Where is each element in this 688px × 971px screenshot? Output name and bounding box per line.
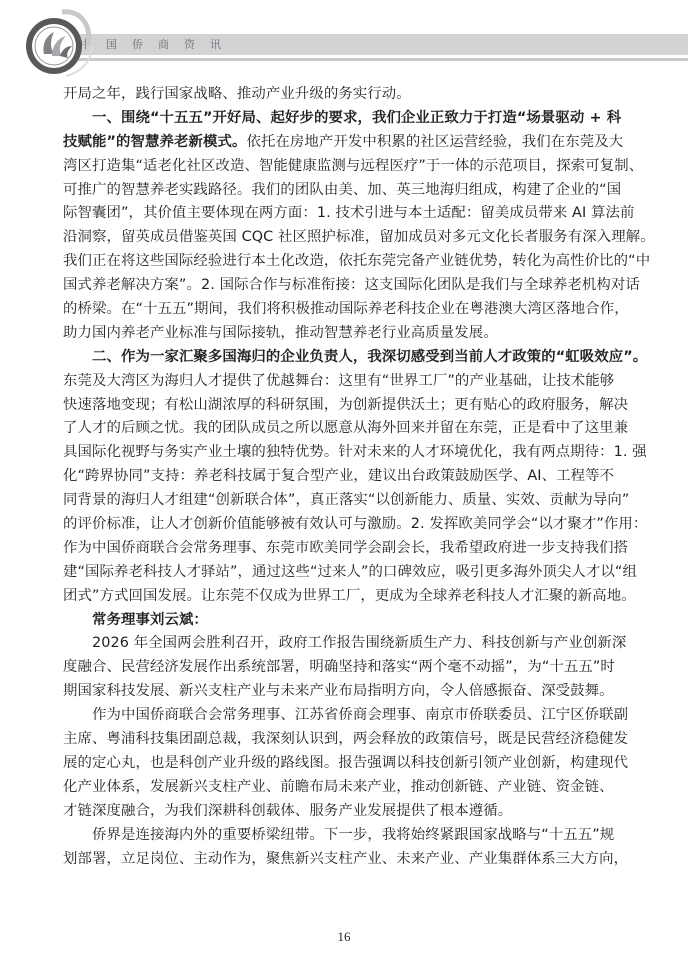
text-line: 的评价标准，让人才创新价值能够被有效认可与激励。2. 发挥欧美同学会“以才聚才”… (63, 513, 631, 537)
text-line: 国式养老解决方案”。2. 国际合作与标准衔接：这支国际化团队是我们与全球养老机构… (63, 274, 631, 298)
bold-heading-text: 二、作为一家汇聚多国海归的企业负责人，我深切感受到当前人才政策的“虹吸效应”。 (92, 349, 647, 365)
body-text: 划部署，立足岗位、主动作为，聚焦新兴支柱产业、未来产业、产业集群体系三大方向， (63, 851, 628, 867)
text-line: 同背景的海归人才组建“创新联合体”，真正落实“以创新能力、质量、实效、贡献为导向… (63, 489, 631, 513)
text-line: 可推广的智慧养老实践路径。我们的团队由美、加、英三地海归组成，构建了企业的“国 (63, 179, 631, 203)
paragraph: 侨界是连接海内外的重要桥梁纽带。下一步，我将始终紧跟国家战略与“十五五”规划部署… (63, 824, 631, 872)
text-line: 际智囊团”，其价值主要体现在两方面：1. 技术引进与本土适配：留美成员带来 AI… (63, 202, 631, 226)
text-line: 技赋能”的智慧养老新模式。依托在房地产开发中积累的社区运营经验，我们在东莞及大 (63, 131, 631, 155)
body-text: 同背景的海归人才组建“创新联合体”，真正落实“以创新能力、质量、实效、贡献为导向… (63, 492, 629, 508)
paragraph: 常务理事刘云斌： (63, 609, 631, 633)
text-line: 湾区打造集“适老化社区改造、智能健康监测与远程医疗”于一体的示范项目，探索可复制… (63, 155, 631, 179)
text-line: 沿洞察，留英成员借鉴英国 CQC 社区照护标准，留加成员对多元文化长者服务有深入… (63, 226, 631, 250)
publication-title: 中国侨商资讯 (80, 35, 236, 55)
body-text: 我们正在将这些国际经验进行本土化改造，依托东莞完备产业链优势，转化为高性价比的“… (63, 253, 650, 269)
text-line: 划部署，立足岗位、主动作为，聚焦新兴支柱产业、未来产业、产业集群体系三大方向， (63, 848, 631, 872)
body-text: 作为中国侨商联合会常务理事、东莞市欧美同学会副会长，我希望政府进一步支持我们搭 (63, 540, 628, 556)
text-line: 度融合、民营经济发展作出系统部署，明确坚持和落实“两个毫不动摇”，为“十五五”时 (63, 656, 631, 680)
body-text: 可推广的智慧养老实践路径。我们的团队由美、加、英三地海归组成，构建了企业的“国 (63, 182, 621, 198)
bold-heading-text: 技赋能”的智慧养老新模式。 (63, 134, 246, 150)
header-divider (70, 58, 688, 61)
text-line: 一、围绕“十五五”开好局、起好步的要求，我们企业正致力于打造“场景驱动 + 科 (63, 107, 631, 131)
body-text: 期国家科技发展、新兴支柱产业与未来产业布局指明方向，令人倍感振奋、深受鼓舞。 (63, 683, 614, 699)
body-text: 际智囊团”，其价值主要体现在两方面：1. 技术引进与本土适配：留美成员带来 AI… (63, 205, 634, 221)
body-text: 东莞及大湾区为海归人才提供了优越舞台：这里有“世界工厂”的产业基础，让技术能够 (63, 373, 614, 389)
text-line: 常务理事刘云斌： (63, 609, 631, 633)
text-line: 才链深度融合，为我们深耕科创载体、服务产业发展提供了根本遵循。 (63, 800, 631, 824)
text-line: 化产业体系，发展新兴支柱产业、前瞻布局未来产业，推动创新链、产业链、资金链、 (63, 776, 631, 800)
page-number: 16 (0, 929, 688, 945)
text-line: 快速落地变现；有松山湖浓厚的科研氛围，为创新提供沃土；更有贴心的政府服务，解决 (63, 394, 631, 418)
page-header: 中国侨商资讯 (0, 0, 688, 80)
text-line: 具国际化视野与务实产业土壤的独特优势。针对未来的人才环境优化，我有两点期待：1.… (63, 441, 631, 465)
body-text: 沿洞察，留英成员借鉴英国 CQC 社区照护标准，留加成员对多元文化长者服务有深入… (63, 229, 655, 245)
paragraph: 一、围绕“十五五”开好局、起好步的要求，我们企业正致力于打造“场景驱动 + 科技… (63, 107, 631, 346)
body-text: 侨界是连接海内外的重要桥梁纽带。下一步，我将始终紧跟国家战略与“十五五”规 (92, 827, 614, 843)
body-text: 具国际化视野与务实产业土壤的独特优势。针对未来的人才环境优化，我有两点期待：1.… (63, 444, 647, 460)
body-text: 作为中国侨商联合会常务理事、江苏省侨商会理事、南京市侨联委员、江宁区侨联副 (92, 707, 628, 723)
body-text: 展的定心丸，也是科创产业升级的路线图。报告强调以科技创新引领产业创新，构建现代 (63, 755, 628, 771)
body-text: 化“跨界协同”支持：养老科技属于复合型产业，建议出台政策鼓励医学、AI、工程等不 (63, 468, 614, 484)
paragraph: 二、作为一家汇聚多国海归的企业负责人，我深切感受到当前人才政策的“虹吸效应”。东… (63, 346, 631, 609)
bold-heading-text: 常务理事刘云斌： (92, 612, 208, 628)
text-line: 作为中国侨商联合会常务理事、江苏省侨商会理事、南京市侨联委员、江宁区侨联副 (63, 704, 631, 728)
text-line: 2026 年全国两会胜利召开，政府工作报告围绕新质生产力、科技创新与产业创新深 (63, 632, 631, 656)
paragraph: 作为中国侨商联合会常务理事、江苏省侨商会理事、南京市侨联委员、江宁区侨联副主席、… (63, 704, 631, 823)
body-text: 主席、粤浦科技集团副总裁，我深刻认识到，两会释放的政策信号，既是民营经济稳健发 (63, 731, 628, 747)
body-text: 团式”方式回国发展。让东莞不仅成为世界工厂，更成为全球养老科技人才汇聚的新高地。 (63, 588, 636, 604)
text-line: 团式”方式回国发展。让东莞不仅成为世界工厂，更成为全球养老科技人才汇聚的新高地。 (63, 585, 631, 609)
text-line: 开局之年，践行国家战略、推动产业升级的务实行动。 (63, 83, 631, 107)
body-text: 度融合、民营经济发展作出系统部署，明确坚持和落实“两个毫不动摇”，为“十五五”时 (63, 659, 615, 675)
body-text: 建“国际养老科技人才驿站”，通过这些“过来人”的口碑效应，吸引更多海外顶尖人才以… (63, 564, 637, 580)
body-text: 的评价标准，让人才创新价值能够被有效认可与激励。2. 发挥欧美同学会“以才聚才”… (63, 516, 647, 532)
text-line: 了人才的后顾之忧。我的团队成员之所以愿意从海外回来并留在东莞，正是看中了这里兼 (63, 417, 631, 441)
text-line: 展的定心丸，也是科创产业升级的路线图。报告强调以科技创新引领产业创新，构建现代 (63, 752, 631, 776)
text-line: 助力国内养老产业标准与国际接轨，推动智慧养老行业高质量发展。 (63, 322, 631, 346)
text-line: 我们正在将这些国际经验进行本土化改造，依托东莞完备产业链优势，转化为高性价比的“… (63, 250, 631, 274)
body-text: 助力国内养老产业标准与国际接轨，推动智慧养老行业高质量发展。 (63, 325, 498, 341)
body-text: 开局之年，践行国家战略、推动产业升级的务实行动。 (63, 86, 411, 102)
body-text: 快速落地变现；有松山湖浓厚的科研氛围，为创新提供沃土；更有贴心的政府服务，解决 (63, 397, 628, 413)
body-text: 了人才的后顾之忧。我的团队成员之所以愿意从海外回来并留在东莞，正是看中了这里兼 (63, 420, 628, 436)
association-logo-icon (22, 6, 94, 78)
text-line: 期国家科技发展、新兴支柱产业与未来产业布局指明方向，令人倍感振奋、深受鼓舞。 (63, 680, 631, 704)
text-line: 二、作为一家汇聚多国海归的企业负责人，我深切感受到当前人才政策的“虹吸效应”。 (63, 346, 631, 370)
text-line: 侨界是连接海内外的重要桥梁纽带。下一步，我将始终紧跟国家战略与“十五五”规 (63, 824, 631, 848)
paragraph: 开局之年，践行国家战略、推动产业升级的务实行动。 (63, 83, 631, 107)
article-body: 开局之年，践行国家战略、推动产业升级的务实行动。一、围绕“十五五”开好局、起好步… (63, 83, 631, 871)
text-line: 主席、粤浦科技集团副总裁，我深刻认识到，两会释放的政策信号，既是民营经济稳健发 (63, 728, 631, 752)
body-text: 湾区打造集“适老化社区改造、智能健康监测与远程医疗”于一体的示范项目，探索可复制… (63, 158, 643, 174)
body-text: 依托在房地产开发中积累的社区运营经验，我们在东莞及大 (246, 134, 623, 150)
bold-heading-text: 一、围绕“十五五”开好局、起好步的要求，我们企业正致力于打造“场景驱动 + 科 (92, 110, 621, 126)
text-line: 化“跨界协同”支持：养老科技属于复合型产业，建议出台政策鼓励医学、AI、工程等不 (63, 465, 631, 489)
body-text: 2026 年全国两会胜利召开，政府工作报告围绕新质生产力、科技创新与产业创新深 (92, 635, 626, 651)
text-line: 东莞及大湾区为海归人才提供了优越舞台：这里有“世界工厂”的产业基础，让技术能够 (63, 370, 631, 394)
body-text: 才链深度融合，为我们深耕科创载体、服务产业发展提供了根本遵循。 (63, 803, 512, 819)
body-text: 的桥梁。在“十五五”期间，我们将积极推动国际养老科技企业在粤港澳大湾区落地合作， (63, 301, 629, 317)
paragraph: 2026 年全国两会胜利召开，政府工作报告围绕新质生产力、科技创新与产业创新深度… (63, 632, 631, 704)
body-text: 国式养老解决方案”。2. 国际合作与标准衔接：这支国际化团队是我们与全球养老机构… (63, 277, 640, 293)
text-line: 的桥梁。在“十五五”期间，我们将积极推动国际养老科技企业在粤港澳大湾区落地合作， (63, 298, 631, 322)
body-text: 化产业体系，发展新兴支柱产业、前瞻布局未来产业，推动创新链、产业链、资金链、 (63, 779, 614, 795)
text-line: 作为中国侨商联合会常务理事、东莞市欧美同学会副会长，我希望政府进一步支持我们搭 (63, 537, 631, 561)
text-line: 建“国际养老科技人才驿站”，通过这些“过来人”的口碑效应，吸引更多海外顶尖人才以… (63, 561, 631, 585)
